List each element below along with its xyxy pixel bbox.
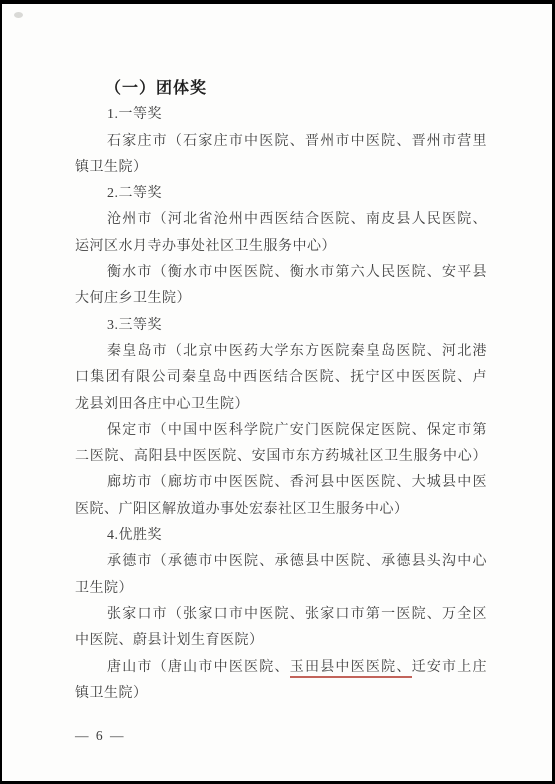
- text-segment: 2.二等奖: [107, 186, 162, 201]
- text-line: 二医院、高阳县中医医院、安国市东方药城社区卫生服务中心）: [75, 444, 487, 470]
- text-segment: 张家口市（张家口市中医院、张家口市第一医院、万全区: [107, 607, 487, 622]
- scan-artifact-mark: [14, 12, 23, 18]
- text-segment: 卫生院）: [75, 581, 133, 596]
- page-number: — 6 —: [75, 728, 126, 743]
- text-segment: （一）团体奖: [105, 80, 207, 97]
- text-line: 唐山市（唐山市中医医院、玉田县中医医院、迁安市上庄: [75, 655, 487, 681]
- entry-shijiazhuang: 石家庄市（石家庄市中医院、晋州市中医院、晋州市营里镇卫生院）: [75, 129, 487, 182]
- text-segment: 秦皇岛市（北京中医药大学东方医院秦皇岛医院、河北港: [107, 344, 487, 359]
- text-segment: 廊坊市（廊坊市中医医院、香河县中医医院、大城县中医: [107, 475, 487, 490]
- text-line: 张家口市（张家口市中医院、张家口市第一医院、万全区: [75, 602, 487, 628]
- text-line: 衡水市（衡水市中医医院、衡水市第六人民医院、安平县: [75, 260, 487, 286]
- text-segment: 石家庄市（石家庄市中医院、晋州市中医院、晋州市营里: [107, 134, 487, 149]
- entry-qinhuangdao: 秦皇岛市（北京中医药大学东方医院秦皇岛医院、河北港口集团有限公司秦皇岛中西医结合…: [75, 339, 487, 418]
- text-segment: 二医院、高阳县中医医院、安国市东方药城社区卫生服务中心）: [75, 449, 487, 464]
- text-segment: 口集团有限公司秦皇岛中西医结合医院、抚宁区中医医院、卢: [75, 370, 487, 385]
- entry-zhangjiakou: 张家口市（张家口市中医院、张家口市第一医院、万全区中医院、蔚县计划生育医院）: [75, 602, 487, 655]
- label-second-prize: 2.二等奖: [75, 181, 487, 207]
- entry-chengde: 承德市（承德市中医院、承德县中医院、承德县头沟中心卫生院）: [75, 549, 487, 602]
- text-line: 秦皇岛市（北京中医药大学东方医院秦皇岛医院、河北港: [75, 339, 487, 365]
- text-line: 运河区水月寺办事处社区卫生服务中心）: [75, 234, 487, 260]
- text-segment: 中医院、蔚县计划生育医院）: [75, 633, 264, 648]
- text-segment: 1.一等奖: [107, 107, 162, 122]
- entry-tangshan: 唐山市（唐山市中医医院、玉田县中医医院、迁安市上庄镇卫生院）: [75, 655, 487, 708]
- text-line: 1.一等奖: [75, 102, 487, 128]
- label-merit-prize: 4.优胜奖: [75, 523, 487, 549]
- label-third-prize: 3.三等奖: [75, 313, 487, 339]
- section-heading-group-award: （一）团体奖: [75, 76, 487, 102]
- text-line: 2.二等奖: [75, 181, 487, 207]
- text-line: 3.三等奖: [75, 313, 487, 339]
- text-line: 医院、广阳区解放道办事处宏泰社区卫生服务中心）: [75, 497, 487, 523]
- text-segment: 迁安市上庄: [412, 660, 487, 675]
- entry-baoding: 保定市（中国中医科学院广安门医院保定医院、保定市第二医院、高阳县中医医院、安国市…: [75, 418, 487, 471]
- text-line: 石家庄市（石家庄市中医院、晋州市中医院、晋州市营里: [75, 129, 487, 155]
- text-line: （一）团体奖: [75, 76, 487, 102]
- text-line: 镇卫生院）: [75, 155, 487, 181]
- text-segment: 承德市（承德市中医院、承德县中医院、承德县头沟中心: [107, 554, 487, 569]
- text-segment: 唐山市（唐山市中医医院、: [107, 660, 290, 675]
- label-first-prize: 1.一等奖: [75, 102, 487, 128]
- text-segment: 3.三等奖: [107, 318, 162, 333]
- text-segment: 镇卫生院）: [75, 686, 148, 701]
- text-line: 中医院、蔚县计划生育医院）: [75, 628, 487, 654]
- text-segment: 沧州市（河北省沧州中西医结合医院、南皮县人民医院、: [107, 212, 487, 227]
- text-segment: 4.优胜奖: [107, 528, 162, 543]
- text-line: 4.优胜奖: [75, 523, 487, 549]
- entry-hengshui: 衡水市（衡水市中医医院、衡水市第六人民医院、安平县大何庄乡卫生院）: [75, 260, 487, 313]
- text-segment: 医院、广阳区解放道办事处宏泰社区卫生服务中心）: [75, 502, 409, 517]
- red-underline-annotation: 玉田县中医医院、: [290, 660, 412, 678]
- text-line: 沧州市（河北省沧州中西医结合医院、南皮县人民医院、: [75, 207, 487, 233]
- page-footer: — 6 —: [2, 728, 552, 744]
- text-segment: 大何庄乡卫生院）: [75, 291, 191, 306]
- text-line: 镇卫生院）: [75, 681, 487, 707]
- text-segment: 运河区水月寺办事处社区卫生服务中心）: [75, 239, 336, 254]
- text-segment: 保定市（中国中医科学院广安门医院保定医院、保定市第: [107, 423, 487, 438]
- text-line: 龙县刘田各庄中心卫生院）: [75, 392, 487, 418]
- text-line: 保定市（中国中医科学院广安门医院保定医院、保定市第: [75, 418, 487, 444]
- text-segment: 龙县刘田各庄中心卫生院）: [75, 397, 249, 412]
- text-line: 廊坊市（廊坊市中医医院、香河县中医医院、大城县中医: [75, 470, 487, 496]
- text-line: 口集团有限公司秦皇岛中西医结合医院、抚宁区中医医院、卢: [75, 365, 487, 391]
- entry-cangzhou: 沧州市（河北省沧州中西医结合医院、南皮县人民医院、运河区水月寺办事处社区卫生服务…: [75, 207, 487, 260]
- text-line: 卫生院）: [75, 576, 487, 602]
- document-page: （一）团体奖1.一等奖石家庄市（石家庄市中医院、晋州市中医院、晋州市营里镇卫生院…: [0, 0, 555, 784]
- entry-langfang: 廊坊市（廊坊市中医医院、香河县中医医院、大城县中医医院、广阳区解放道办事处宏泰社…: [75, 470, 487, 523]
- text-line: 大何庄乡卫生院）: [75, 286, 487, 312]
- text-line: 承德市（承德市中医院、承德县中医院、承德县头沟中心: [75, 549, 487, 575]
- text-segment: 镇卫生院）: [75, 160, 148, 175]
- document-content: （一）团体奖1.一等奖石家庄市（石家庄市中医院、晋州市中医院、晋州市营里镇卫生院…: [2, 4, 552, 707]
- text-segment: 衡水市（衡水市中医医院、衡水市第六人民医院、安平县: [107, 265, 487, 280]
